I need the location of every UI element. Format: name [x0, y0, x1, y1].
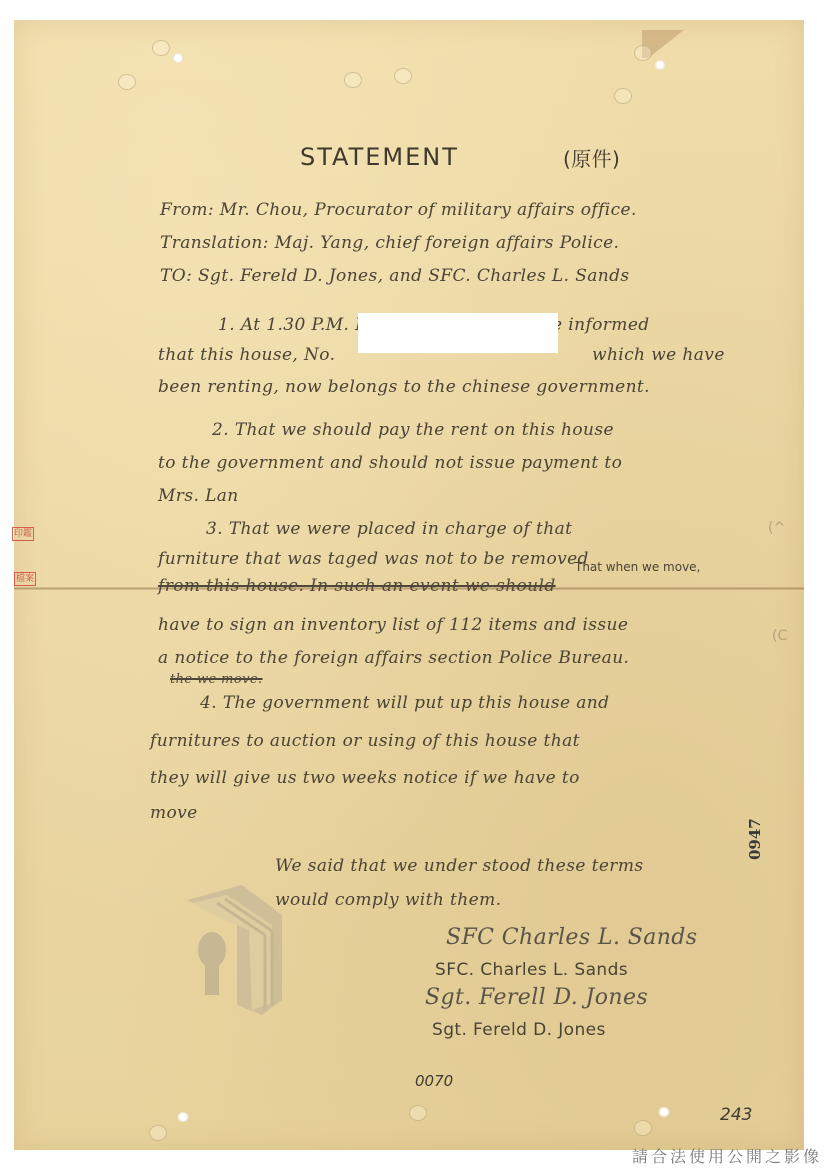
archive-stamp-number: 0947 [746, 818, 764, 860]
p2-line1: 2. That we should pay the rent on this h… [212, 420, 614, 440]
emboss-mark [409, 1105, 427, 1121]
margin-mark: (^ [768, 520, 785, 536]
header-to: TO: Sgt. Fereld D. Jones, and SFC. Charl… [160, 266, 630, 286]
staple-hole [172, 53, 184, 63]
p2-line2: to the government and should not issue p… [158, 453, 622, 473]
red-seal-lower: 檔案 [14, 572, 36, 586]
p2-line3: Mrs. Lan [158, 486, 239, 506]
emboss-mark [634, 1120, 652, 1136]
printed-name-jones: Sgt. Fereld D. Jones [432, 1020, 606, 1040]
p3-line4: have to sign an inventory list of 112 it… [158, 615, 628, 635]
redacted-address [358, 313, 558, 353]
emboss-mark [634, 45, 652, 61]
printed-name-sands: SFC. Charles L. Sands [435, 960, 628, 980]
emboss-mark [149, 1125, 167, 1141]
emboss-mark [614, 88, 632, 104]
p4-line2: furnitures to auction or using of this h… [150, 731, 580, 751]
closing-line1: We said that we under stood these terms [275, 856, 643, 876]
p4-line4: move [150, 803, 198, 823]
p3-line2: furniture that was taged was not to be r… [158, 549, 589, 569]
red-seal-upper: 印鑑 [12, 527, 34, 541]
emboss-mark [118, 74, 136, 90]
signature-sands: SFC Charles L. Sands [446, 925, 697, 950]
closing-line2: would comply with them. [275, 890, 501, 910]
p1-line2-end: which we have [592, 345, 725, 365]
p3-line1: 3. That we were placed in charge of that [206, 519, 572, 539]
p3-line5: a notice to the foreign affairs section … [158, 648, 629, 668]
legal-use-notice: 請合法使用公開之影像 [632, 1144, 822, 1167]
p3-line6-struck: the we move. [170, 672, 263, 687]
original-copy-tag: (原件) [563, 143, 620, 172]
emboss-mark [344, 72, 362, 88]
page-number: 243 [720, 1105, 752, 1125]
emboss-mark [394, 68, 412, 84]
header-translation: Translation: Maj. Yang, chief foreign af… [160, 233, 619, 253]
p1-line3: been renting, now belongs to the chinese… [158, 377, 650, 397]
bottom-pencil-number: 0070 [415, 1072, 453, 1090]
staple-hole [177, 1112, 189, 1122]
header-from: From: Mr. Chou, Procurator of military a… [160, 200, 637, 220]
p4-line1: 4. The government will put up this house… [200, 693, 609, 713]
archive-logo-watermark [177, 885, 287, 1015]
p4-line3: they will give us two weeks notice if we… [150, 768, 580, 788]
p3-line3-struck: from this house. In such an event we sho… [158, 576, 556, 596]
document-title: STATEMENT [300, 143, 459, 171]
signature-jones: Sgt. Ferell D. Jones [425, 985, 648, 1010]
p3-inserted-correction: That when we move, [575, 560, 700, 574]
emboss-mark [152, 40, 170, 56]
staple-hole [658, 1107, 670, 1117]
margin-mark: (C [772, 628, 787, 644]
p1-line2-start: that this house, No. [158, 345, 335, 365]
staple-hole [654, 60, 666, 70]
